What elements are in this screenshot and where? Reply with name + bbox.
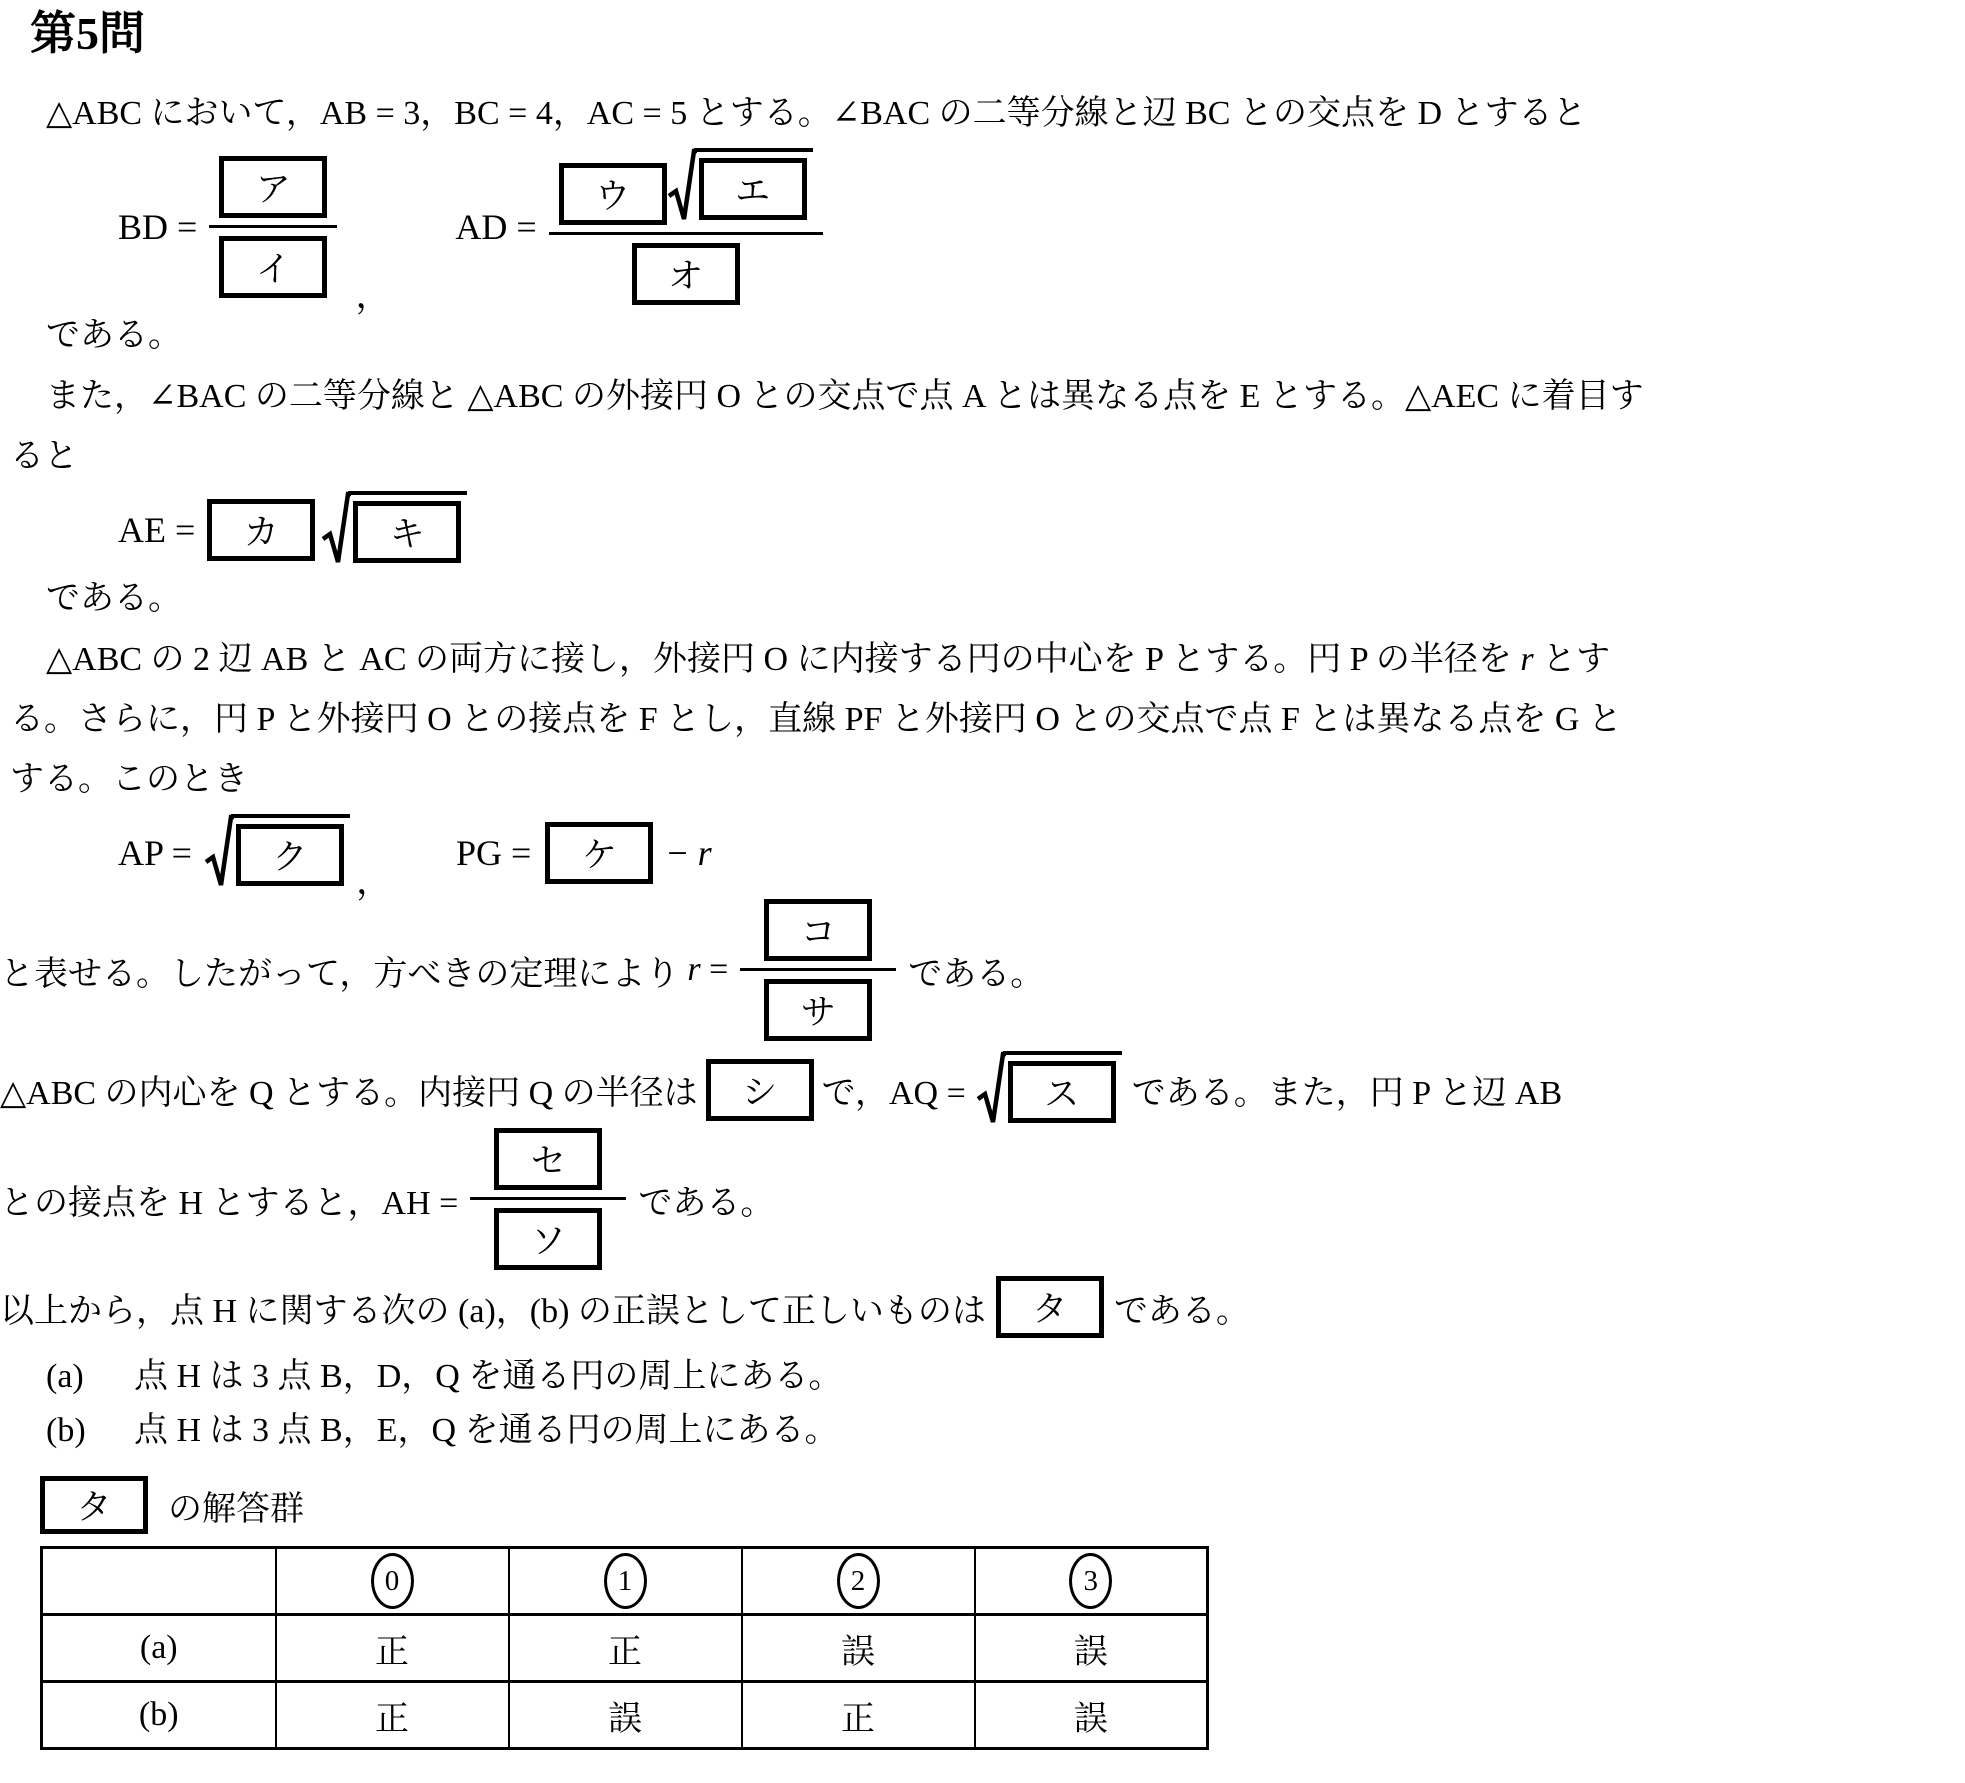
statement-a: (a)点 H は 3 点 B，D，Q を通る円の周上にある。 [46,1350,1965,1404]
row-a-cell-0: 正 [276,1615,509,1682]
dearu-1-text: である。 [46,317,182,354]
para2-text-1: また，∠BAC の二等分線と △ABC の外接円 O との交点で点 A とは異な… [46,378,1644,415]
comma: ， [356,871,392,891]
para2-line2: ると [10,427,1965,487]
dearu-2: である。 [46,576,1965,622]
answer-box-ki: キ [353,501,461,563]
bd-lhs: BD = [118,206,197,248]
radical-sign-icon [667,148,697,225]
sqrt-su: ス [976,1051,1122,1128]
answer-box-ko: コ [764,899,872,961]
ap-lhs: AP = [118,832,192,874]
row-a-label: (a) [42,1615,276,1682]
statement-a-label: (a) [46,1350,134,1404]
radical-sign-icon [204,814,234,891]
para7-text-2: である。 [1114,1283,1250,1332]
answer-box-i: イ [219,236,327,298]
answer-box-u: ウ [559,163,667,225]
answer-box-su: ス [1008,1061,1116,1123]
table-row-b: (b) 正 誤 正 誤 [42,1682,1208,1749]
para4-text-1: と表せる。したがって，方べきの定理により [0,946,679,995]
para4-text-2: である。 [908,946,1044,995]
para3-text-4: する。このとき [10,761,248,798]
answer-box-ka: カ [207,499,315,561]
para5-text-1: △ABC の内心を Q とする。内接円 Q の半径は [0,1065,698,1114]
fraction-ah: セ ソ [470,1128,626,1270]
row-b-cell-2: 正 [742,1682,975,1749]
minus-sign: − [667,832,687,874]
para4-line: と表せる。したがって，方べきの定理により r = コ サ である。 [0,899,1965,1041]
para6-text-1: との接点を H とすると，AH = [0,1175,458,1224]
r-equals: r = [687,951,728,989]
sqrt-e: エ [667,148,813,225]
answer-box-shi: シ [706,1059,814,1121]
para1-line1: △ABC において，AB = 3，BC = 4，AC = 5 とする。∠BAC … [46,84,1965,144]
para3-line1: △ABC の 2 辺 AB と AC の両方に接し，外接円 O に内接する円の中… [46,630,1965,690]
table-row-a: (a) 正 正 誤 誤 [42,1615,1208,1682]
row-a-cell-1: 正 [509,1615,742,1682]
fraction-r: コ サ [740,899,896,1041]
row-b-label: (b) [42,1682,276,1749]
answer-box-ke: ケ [545,822,653,884]
table-header-row: 0 1 2 3 [42,1548,1208,1615]
formula-bd-ad: BD = ア イ ， AD = ウ エ オ [118,148,1965,305]
answer-group-heading: タ の解答群 [40,1476,1965,1534]
para5-text-2: で，AQ = [822,1065,966,1114]
sqrt-ki: キ [321,491,467,568]
statement-a-text: 点 H は 3 点 B，D，Q を通る円の周上にある。 [134,1358,842,1395]
para5-line: △ABC の内心を Q とする。内接円 Q の半径は シ で，AQ = ス であ… [0,1051,1965,1128]
para6-text-2: である。 [638,1175,774,1224]
row-a-cell-3: 誤 [975,1615,1208,1682]
row-b-cell-0: 正 [276,1682,509,1749]
answer-box-so: ソ [494,1208,602,1270]
equals-sign: = [709,951,728,988]
ae-lhs: AE = [118,509,195,551]
header-choice-3: 3 [975,1548,1208,1615]
circled-2: 2 [837,1553,880,1609]
var-r: r [687,951,700,988]
answer-box-ku: ク [236,824,344,886]
exam-page: 第5問 △ABC において，AB = 3，BC = 4，AC = 5 とする。∠… [0,8,1965,1783]
formula-ae: AE = カ キ [118,491,1965,568]
dearu-1: である。 [46,313,1965,359]
para3-line3: する。このとき [10,750,1965,810]
fraction-bd: ア イ [209,156,337,298]
comma: ， [355,285,391,305]
var-r: r [698,832,712,874]
statement-b: (b)点 H は 3 点 B，E，Q を通る円の周上にある。 [46,1404,1965,1458]
formula-ap-pg: AP = ク ， PG = ケ − r [118,814,1965,891]
para2-line1: また，∠BAC の二等分線と △ABC の外接円 O との交点で点 A とは異な… [46,367,1965,427]
dearu-2-text: である。 [46,580,182,617]
row-a-cell-2: 誤 [742,1615,975,1682]
sqrt-ku: ク [204,814,350,891]
para6-line: との接点を H とすると，AH = セ ソ である。 [0,1128,1965,1270]
radical-sign-icon [976,1051,1006,1128]
statement-b-label: (b) [46,1404,134,1458]
para7-line: 以上から，点 H に関する次の (a)，(b) の正誤として正しいものは タ で… [0,1276,1965,1338]
answer-box-e: エ [699,158,807,220]
row-b-cell-3: 誤 [975,1682,1208,1749]
answer-group-label: の解答群 [168,1481,304,1530]
answer-box-se: セ [494,1128,602,1190]
para2-text-2: ると [10,438,78,475]
answer-choices-table: 0 1 2 3 (a) 正 正 誤 誤 (b) 正 誤 正 誤 [40,1546,1209,1750]
var-r: r [1520,641,1533,678]
circled-0: 0 [371,1553,414,1609]
answer-box-ta: タ [996,1276,1104,1338]
circled-1: 1 [604,1553,647,1609]
para7-text-1: 以上から，点 H に関する次の (a)，(b) の正誤として正しいものは [0,1283,986,1332]
statement-b-text: 点 H は 3 点 B，E，Q を通る円の周上にある。 [134,1412,839,1449]
para3-text-1: △ABC の 2 辺 AB と AC の両方に接し，外接円 O に内接する円の中… [46,641,1520,678]
para3-text-2: とす [1534,641,1611,678]
row-b-cell-1: 誤 [509,1682,742,1749]
problem-title: 第5問 [30,8,1965,60]
answer-box-a: ア [219,156,327,218]
header-choice-1: 1 [509,1548,742,1615]
para3-line2: る。さらに，円 P と外接円 O との接点を F とし，直線 PF と外接円 O… [10,690,1965,750]
header-empty-cell [42,1548,276,1615]
radical-sign-icon [321,491,351,568]
answer-box-sa: サ [764,979,872,1041]
fraction-ad: ウ エ オ [549,148,823,305]
para5-text-3: である。また，円 P と辺 AB [1132,1065,1562,1114]
pg-lhs: PG = [456,832,531,874]
header-choice-0: 0 [276,1548,509,1615]
para1-text: △ABC において，AB = 3，BC = 4，AC = 5 とする。∠BAC … [46,95,1587,132]
para3-text-3: る。さらに，円 P と外接円 O との接点を F とし，直線 PF と外接円 O… [10,701,1622,738]
header-choice-2: 2 [742,1548,975,1615]
answer-box-o: オ [632,243,740,305]
ad-lhs: AD = [455,206,536,248]
answer-box-ta: タ [40,1476,148,1534]
circled-3: 3 [1069,1553,1112,1609]
